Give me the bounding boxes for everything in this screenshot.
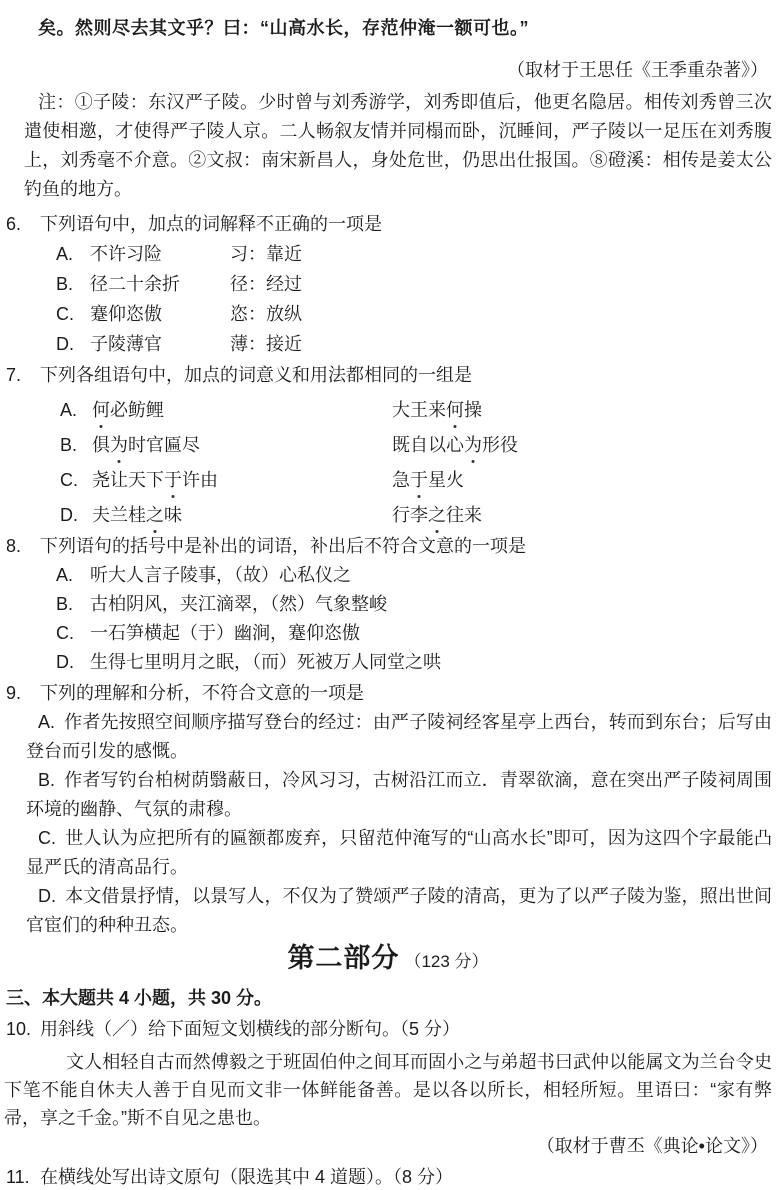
option-text: 一石笋横起（于）幽涧，蹇仰恣傲 xyxy=(90,619,360,648)
question-9-option-b: B. 作者写钓台柏树荫翳蔽日，冷风习习，古树沿江而立．青翠欲滴，意在突出严子陵祠… xyxy=(26,766,772,824)
pair-right-pre: 急 xyxy=(392,470,410,490)
pair-left-pre: 尧让天下 xyxy=(92,470,164,490)
exam-page: 矣。然则尽去其文乎？曰：“山高水长，存范仲淹一额可也。” （取材于王思任《王季重… xyxy=(0,0,776,1190)
option-label: C. xyxy=(56,619,90,648)
pair-left: 俱为时官匾尽 xyxy=(92,431,392,460)
question-8-text: 下列语句的括号中是补出的词语，补出后不符合文意的一项是 xyxy=(40,532,772,561)
emphasized-char: 为 xyxy=(110,431,128,460)
option-label: B. xyxy=(60,431,92,460)
pair-left: 夫兰桂之味 xyxy=(92,501,392,530)
pair-right-post: 形役 xyxy=(482,435,518,455)
emphasized-char: 于 xyxy=(410,466,428,495)
emphasized-char: 于 xyxy=(164,466,182,495)
question-6-option-a: A. 不许习险 习：靠近 xyxy=(56,240,772,269)
question-11-text: 在横线处写出诗文原句（限选其中 4 道题）。（8 分） xyxy=(40,1163,772,1190)
intro-line: 矣。然则尽去其文乎？曰：“山高水长，存范仲淹一额可也。” xyxy=(38,14,772,43)
option-gloss: 恣：放纵 xyxy=(230,300,302,329)
emphasized-char: 何 xyxy=(92,396,110,425)
option-phrase: 子陵薄官 xyxy=(90,330,230,359)
question-6-option-b: B. 径二十余折 径：经过 xyxy=(56,270,772,299)
part2-score: （123 分） xyxy=(404,952,488,971)
pair-left-post: 味 xyxy=(164,505,182,525)
pair-right-pre: 大王来 xyxy=(392,400,446,420)
pair-left-post: 时官匾尽 xyxy=(128,435,200,455)
option-text: 世人认为应把所有的匾额都废弃，只留范仲淹写的“山高水长”即可，因为这四个字最能凸… xyxy=(26,828,772,877)
option-label: D. xyxy=(56,648,90,677)
question-11-stem: 11. 在横线处写出诗文原句（限选其中 4 道题）。（8 分） xyxy=(4,1163,772,1190)
emphasized-char: 之 xyxy=(146,501,164,530)
question-8-option-c: C. 一石笋横起（于）幽涧，蹇仰恣傲 xyxy=(56,619,772,648)
question-10-number: 10. xyxy=(4,1015,40,1044)
pair-right-pre: 既自以心 xyxy=(392,435,464,455)
question-10-stem: 10. 用斜线（／）给下面短文划横线的部分断句。（5 分） xyxy=(4,1015,772,1044)
option-gloss: 薄：接近 xyxy=(230,330,302,359)
option-label: A. xyxy=(60,396,92,425)
question-9-stem: 9. 下列的理解和分析，不符合文意的一项是 xyxy=(4,679,772,708)
question-8-option-b: B. 古柏阴风，夹江滴翠，（然）气象整峻 xyxy=(56,590,772,619)
question-6-option-d: D. 子陵薄官 薄：接近 xyxy=(56,330,772,359)
option-text: 作者先按照空间顺序描写登台的经过：由严子陵祠经客星亭上西台，转而到东台；后写由登… xyxy=(26,712,772,761)
option-text: 古柏阴风，夹江滴翠，（然）气象整峻 xyxy=(90,590,387,619)
pair-left-pre: 夫兰桂 xyxy=(92,505,146,525)
option-gloss: 径：经过 xyxy=(230,270,302,299)
option-label: D. xyxy=(56,330,90,359)
emphasized-char: 之 xyxy=(428,501,446,530)
pair-left: 尧让天下于许由 xyxy=(92,466,392,495)
option-label: C. xyxy=(56,300,90,329)
pair-left-pre: 俱 xyxy=(92,435,110,455)
question-11-number: 11. xyxy=(4,1163,40,1190)
option-label: B. xyxy=(56,590,90,619)
section-3-heading: 三、本大题共 4 小题，共 30 分。 xyxy=(4,984,772,1013)
option-label: A. xyxy=(56,561,90,590)
option-label: D. xyxy=(60,501,92,530)
option-phrase: 蹇仰恣傲 xyxy=(90,300,230,329)
pair-left-post: 必鲂鲤 xyxy=(110,400,164,420)
question-9-number: 9. xyxy=(4,679,40,708)
question-6-stem: 6. 下列语句中，加点的词解释不正确的一项是 xyxy=(4,210,772,239)
part2-title-text: 第二部分 xyxy=(287,943,399,973)
source-attribution-wang: （取材于王思任《王季重杂著》） xyxy=(4,56,772,85)
pair-left: 何必鲂鲤 xyxy=(92,396,392,425)
question-8-option-a: A. 听大人言子陵事，（故）心私仪之 xyxy=(56,561,772,590)
question-6-number: 6. xyxy=(4,210,40,239)
question-7-stem: 7. 下列各组语句中，加点的词意义和用法都相同的一组是 xyxy=(4,361,772,390)
question-6-text: 下列语句中，加点的词解释不正确的一项是 xyxy=(40,210,772,239)
option-label: C. xyxy=(38,828,56,848)
pair-right-post: 星火 xyxy=(428,470,464,490)
note-paragraph: 注：①子陵：东汉严子陵。少时曾与刘秀游学，刘秀即值后，他更名隐居。相传刘秀曾三次… xyxy=(24,88,772,204)
question-6-option-c: C. 蹇仰恣傲 恣：放纵 xyxy=(56,300,772,329)
option-text: 作者写钓台柏树荫翳蔽日，冷风习习，古树沿江而立．青翠欲滴，意在突出严子陵祠周围环… xyxy=(26,770,772,819)
question-10-text: 用斜线（／）给下面短文划横线的部分断句。（5 分） xyxy=(40,1015,772,1044)
option-text: 生得七里明月之眠，（而）死被万人同堂之哄 xyxy=(90,648,441,677)
question-7-option-c: C. 尧让天下于许由 急于星火 xyxy=(60,466,772,495)
emphasized-char: 为 xyxy=(464,431,482,460)
question-7-option-a: A. 何必鲂鲤 大王来何操 xyxy=(60,396,772,425)
option-phrase: 不许习险 xyxy=(90,240,230,269)
option-label: D. xyxy=(38,886,56,906)
pair-right: 大王来何操 xyxy=(392,396,482,425)
pair-right-post: 操 xyxy=(464,400,482,420)
option-label: A. xyxy=(56,240,90,269)
question-9-text: 下列的理解和分析，不符合文意的一项是 xyxy=(40,679,772,708)
option-label: B. xyxy=(56,270,90,299)
question-8-stem: 8. 下列语句的括号中是补出的词语，补出后不符合文意的一项是 xyxy=(4,532,772,561)
source-attribution-caopi: （取材于曹丕《典论•论文》） xyxy=(4,1132,772,1161)
question-9-option-c: C. 世人认为应把所有的匾额都废弃，只留范仲淹写的“山高水长”即可，因为这四个字… xyxy=(26,824,772,882)
question-8-option-d: D. 生得七里明月之眠，（而）死被万人同堂之哄 xyxy=(56,648,772,677)
question-8-number: 8. xyxy=(4,532,40,561)
question-9-option-a: A. 作者先按照空间顺序描写登台的经过：由严子陵祠经客星亭上西台，转而到东台；后… xyxy=(26,708,772,766)
pair-right: 既自以心为形役 xyxy=(392,431,518,460)
part2-heading: 第二部分 （123 分） xyxy=(4,940,772,976)
question-10-passage: 文人相轻自古而然傅毅之于班固伯仲之间耳而固小之与弟超书曰武仲以能属文为兰台令史下… xyxy=(4,1048,772,1132)
question-7-option-b: B. 俱为时官匾尽 既自以心为形役 xyxy=(60,431,772,460)
question-9-option-d: D. 本文借景抒情，以景写人，不仅为了赞颂严子陵的清高，更为了以严子陵为鉴，照出… xyxy=(26,882,772,940)
option-text: 本文借景抒情，以景写人，不仅为了赞颂严子陵的清高，更为了以严子陵为鉴，照出世间官… xyxy=(26,886,772,935)
option-text: 听大人言子陵事，（故）心私仪之 xyxy=(90,561,351,590)
pair-right-post: 往来 xyxy=(446,505,482,525)
emphasized-char: 何 xyxy=(446,396,464,425)
option-label: A. xyxy=(38,712,55,732)
option-phrase: 径二十余折 xyxy=(90,270,230,299)
pair-right-pre: 行李 xyxy=(392,505,428,525)
question-7-option-d: D. 夫兰桂之味 行李之往来 xyxy=(60,501,772,530)
question-7-number: 7. xyxy=(4,361,40,390)
question-7-text: 下列各组语句中，加点的词意义和用法都相同的一组是 xyxy=(40,361,772,390)
option-gloss: 习：靠近 xyxy=(230,240,302,269)
pair-right: 急于星火 xyxy=(392,466,464,495)
pair-right: 行李之往来 xyxy=(392,501,482,530)
pair-left-post: 许由 xyxy=(182,470,218,490)
option-label: B. xyxy=(38,770,55,790)
option-label: C. xyxy=(60,466,92,495)
